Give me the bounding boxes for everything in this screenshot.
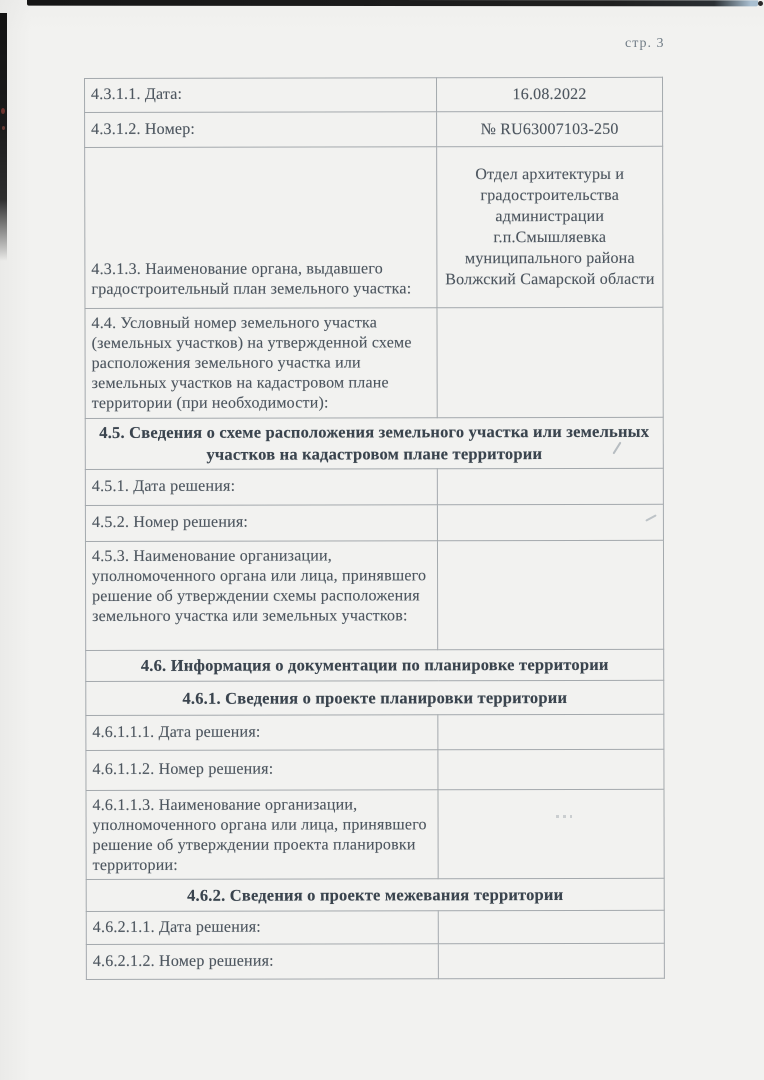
row-label: 4.5.3. Наименование организации, уполном… — [85, 541, 437, 651]
table-row: 4.6.2.1.1. Дата решения: — [86, 910, 664, 944]
table-row: 4.6.1.1.3. Наименование организации, упо… — [86, 789, 664, 879]
section-header-row: 4.5. Сведения о схеме расположения земел… — [85, 417, 663, 469]
ink-speck — [1, 108, 5, 114]
row-label: 4.3.1.1. Дата: — [85, 78, 437, 113]
row-value — [438, 943, 664, 978]
table-row: 4.4. Условный номер земельного участка (… — [85, 307, 663, 418]
row-value — [438, 789, 664, 878]
table-row: 4.5.3. Наименование организации, уполном… — [85, 540, 663, 650]
document-table: 4.3.1.1. Дата: 16.08.2022 4.3.1.2. Номер… — [84, 77, 665, 980]
section-header: 4.5. Сведения о схеме расположения земел… — [85, 417, 663, 469]
row-label: 4.6.1.1.1. Дата решения: — [86, 715, 438, 751]
page-number: стр. 3 — [625, 36, 665, 52]
table-row: 4.5.1. Дата решения: — [85, 468, 663, 505]
section-header-row: 4.6.2. Сведения о проекте межевания терр… — [86, 878, 664, 911]
scan-speck — [758, 1, 763, 6]
row-label: 4.6.1.1.2. Номер решения: — [86, 750, 438, 791]
row-value — [437, 307, 663, 417]
row-label: 4.6.2.1.2. Номер решения: — [86, 944, 438, 980]
row-label: 4.4. Условный номер земельного участка (… — [85, 308, 437, 419]
section-header: 4.6.2. Сведения о проекте межевания терр… — [86, 878, 664, 911]
table-row: 4.5.2. Номер решения: — [85, 504, 663, 541]
table-row: 4.3.1.3. Наименование органа, выдавшего … — [85, 146, 663, 308]
scan-edge-left — [0, 13, 7, 261]
table-row: 4.3.1.2. Номер: № RU63007103-250 — [85, 111, 663, 147]
section-header-row: 4.6. Информация о документации по планир… — [86, 649, 664, 681]
row-value — [437, 504, 663, 540]
table-row: 4.6.2.1.2. Номер решения: — [86, 943, 664, 979]
row-label: 4.5.1. Дата решения: — [85, 469, 437, 506]
row-label: 4.6.1.1.3. Наименование организации, упо… — [86, 790, 438, 880]
row-value — [438, 749, 664, 789]
row-value — [437, 540, 663, 649]
row-value: 16.08.2022 — [437, 77, 663, 111]
ink-speck — [2, 126, 5, 130]
table-row: 4.3.1.1. Дата: 16.08.2022 — [85, 77, 663, 112]
row-value: Отдел архитектуры и градостроительства а… — [437, 146, 663, 307]
row-label: 4.6.2.1.1. Дата решения: — [86, 911, 438, 945]
row-label: 4.3.1.2. Номер: — [85, 112, 437, 148]
row-value — [437, 468, 663, 504]
section-header: 4.6. Информация о документации по планир… — [86, 649, 664, 681]
row-value — [438, 714, 664, 749]
table-row: 4.6.1.1.1. Дата решения: — [86, 714, 664, 750]
section-header: 4.6.1. Сведения о проекте планировки тер… — [86, 680, 664, 715]
scanned-document-page: стр. 3 4.3.1.1. Дата: 16.08.2022 4.3.1.2… — [0, 0, 764, 1080]
row-label: 4.3.1.3. Наименование органа, выдавшего … — [85, 147, 437, 309]
table-row: 4.6.1.1.2. Номер решения: — [86, 749, 664, 790]
scan-edge-top — [27, 0, 758, 6]
section-header-row: 4.6.1. Сведения о проекте планировки тер… — [86, 680, 664, 715]
row-value: № RU63007103-250 — [437, 111, 663, 146]
row-value — [438, 910, 664, 943]
row-label: 4.5.2. Номер решения: — [85, 505, 437, 542]
